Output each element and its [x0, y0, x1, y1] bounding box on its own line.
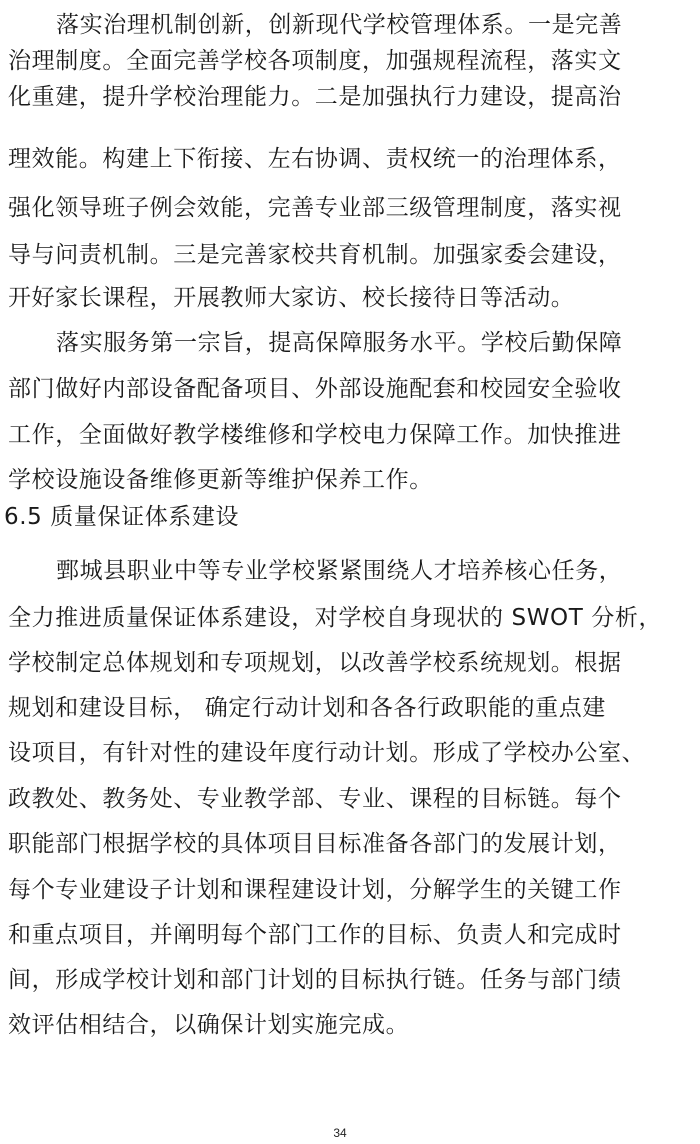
paragraph-1-line-7: 开好家长课程，开展教师大家访、校长接待日等活动。	[8, 280, 574, 316]
page-number: 34	[0, 1126, 680, 1140]
paragraph-1-line-3: 化重建，提升学校治理能力。二是加强执行力建设，提高治	[8, 79, 622, 115]
paragraph-3-line-3: 学校制定总体规划和专项规划，以改善学校系统规划。根据	[8, 645, 622, 681]
paragraph-3-line-4: 规划和建设目标， 确定行动计划和各各行政职能的重点建	[8, 690, 606, 726]
paragraph-3-line-11: 效评估相结合，以确保计划实施完成。	[8, 1007, 409, 1043]
paragraph-3-line-8: 每个专业建设子计划和课程建设计划，分解学生的关键工作	[8, 872, 622, 908]
paragraph-3-line-10: 间，形成学校计划和部门计划的目标执行链。任务与部门绩	[8, 962, 622, 998]
paragraph-3-line-5: 设项目，有针对性的建设年度行动计划。形成了学校办公室、	[8, 735, 645, 771]
paragraph-3-line-7: 职能部门根据学校的具体项目目标准备各部门的发展计划，	[8, 826, 622, 862]
paragraph-2-line-4: 学校设施设备维修更新等维护保养工作。	[8, 462, 433, 498]
paragraph-1-line-5: 强化领导班子例会效能，完善专业部三级管理制度，落实视	[8, 190, 622, 226]
paragraph-3-line-6: 政教处、教务处、专业教学部、专业、课程的目标链。每个	[8, 781, 622, 817]
paragraph-2-line-3: 工作，全面做好教学楼维修和学校电力保障工作。加快推进	[8, 417, 622, 453]
paragraph-3-line-9: 和重点项目，并阐明每个部门工作的目标、负责人和完成时	[8, 917, 622, 953]
paragraph-1-line-2: 治理制度。全面完善学校各项制度，加强规程流程，落实文	[8, 43, 622, 79]
paragraph-1-line-1: 落实治理机制创新，创新现代学校管理体系。一是完善	[56, 7, 622, 43]
paragraph-2-line-1: 落实服务第一宗旨，提高保障服务水平。学校后勤保障	[56, 325, 622, 361]
section-heading: 6.5 质量保证体系建设	[4, 499, 239, 535]
paragraph-3-line-2: 全力推进质量保证体系建设，对学校自身现状的 SWOT 分析，	[8, 600, 662, 636]
paragraph-1-line-6: 导与问责机制。三是完善家校共育机制。加强家委会建设，	[8, 237, 622, 273]
paragraph-2-line-2: 部门做好内部设备配备项目、外部设施配套和校园安全验收	[8, 371, 622, 407]
paragraph-3-line-1: 鄄城县职业中等专业学校紧紧围绕人才培养核心任务，	[56, 553, 622, 589]
paragraph-1-line-4: 理效能。构建上下衔接、左右协调、责权统一的治理体系，	[8, 141, 622, 177]
